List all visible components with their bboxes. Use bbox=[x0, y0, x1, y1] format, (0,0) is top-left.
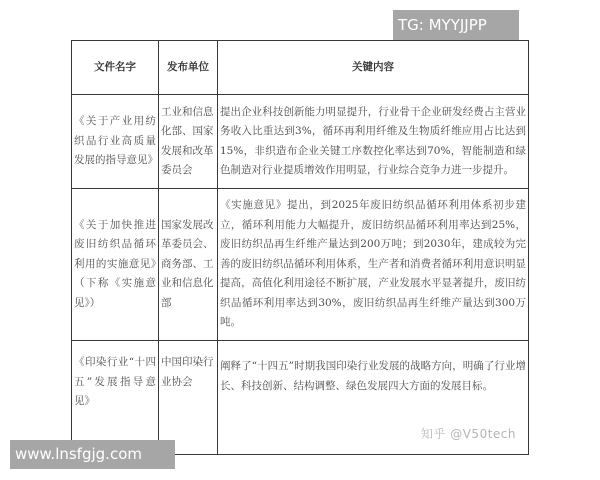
key-content-cell: 《实施意见》提出，到2025年废旧纺织品循环利用体系初步建立，循环利用能力大幅提… bbox=[218, 189, 529, 341]
file-name-cell: 《关于加快推进废旧纺织品循环利用的实施意见》（下称《实施意见》） bbox=[72, 189, 159, 341]
publisher-cell: 国家发展改革委员会、商务部、工业和信息化部 bbox=[159, 189, 218, 341]
header-key-content: 关键内容 bbox=[218, 41, 529, 95]
key-content-text: 阐释了“十四五”时期我国印染行业发展的战略方向，明确了行业增长、科技创新、结构调… bbox=[220, 360, 526, 392]
file-name-cell: 《关于产业用纺织品行业高质量发展的指导意见》 bbox=[72, 95, 159, 189]
file-name-cell: 《印染行业“十四五”发展指导意见》 bbox=[72, 341, 159, 455]
watermark-bottom: www.lnsfgjg.com bbox=[10, 440, 175, 469]
table-row: 《印染行业“十四五”发展指导意见》 中国印染行业协会 阐释了“十四五”时期我国印… bbox=[72, 341, 529, 455]
policy-table: 文件名字 发布单位 关键内容 《关于产业用纺织品行业高质量发展的指导意见》 工业… bbox=[71, 40, 529, 455]
key-content-cell: 提出企业科技创新能力明显提升，行业骨干企业研发经费占主营业务收入比重达到3%，循… bbox=[218, 95, 529, 189]
table-row: 《关于加快推进废旧纺织品循环利用的实施意见》（下称《实施意见》） 国家发展改革委… bbox=[72, 189, 529, 341]
table-header-row: 文件名字 发布单位 关键内容 bbox=[72, 41, 529, 95]
publisher-cell: 中国印染行业协会 bbox=[159, 341, 218, 455]
watermark-top: TG: MYYJJPP bbox=[393, 10, 519, 40]
key-content-cell: 阐释了“十四五”时期我国印染行业发展的战略方向，明确了行业增长、科技创新、结构调… bbox=[218, 341, 529, 455]
publisher-cell: 工业和信息化部、国家发展和改革委员会 bbox=[159, 95, 218, 189]
header-publisher: 发布单位 bbox=[159, 41, 218, 95]
table-row: 《关于产业用纺织品行业高质量发展的指导意见》 工业和信息化部、国家发展和改革委员… bbox=[72, 95, 529, 189]
source-watermark: 知乎 @V50tech bbox=[421, 425, 516, 445]
header-file-name: 文件名字 bbox=[72, 41, 159, 95]
